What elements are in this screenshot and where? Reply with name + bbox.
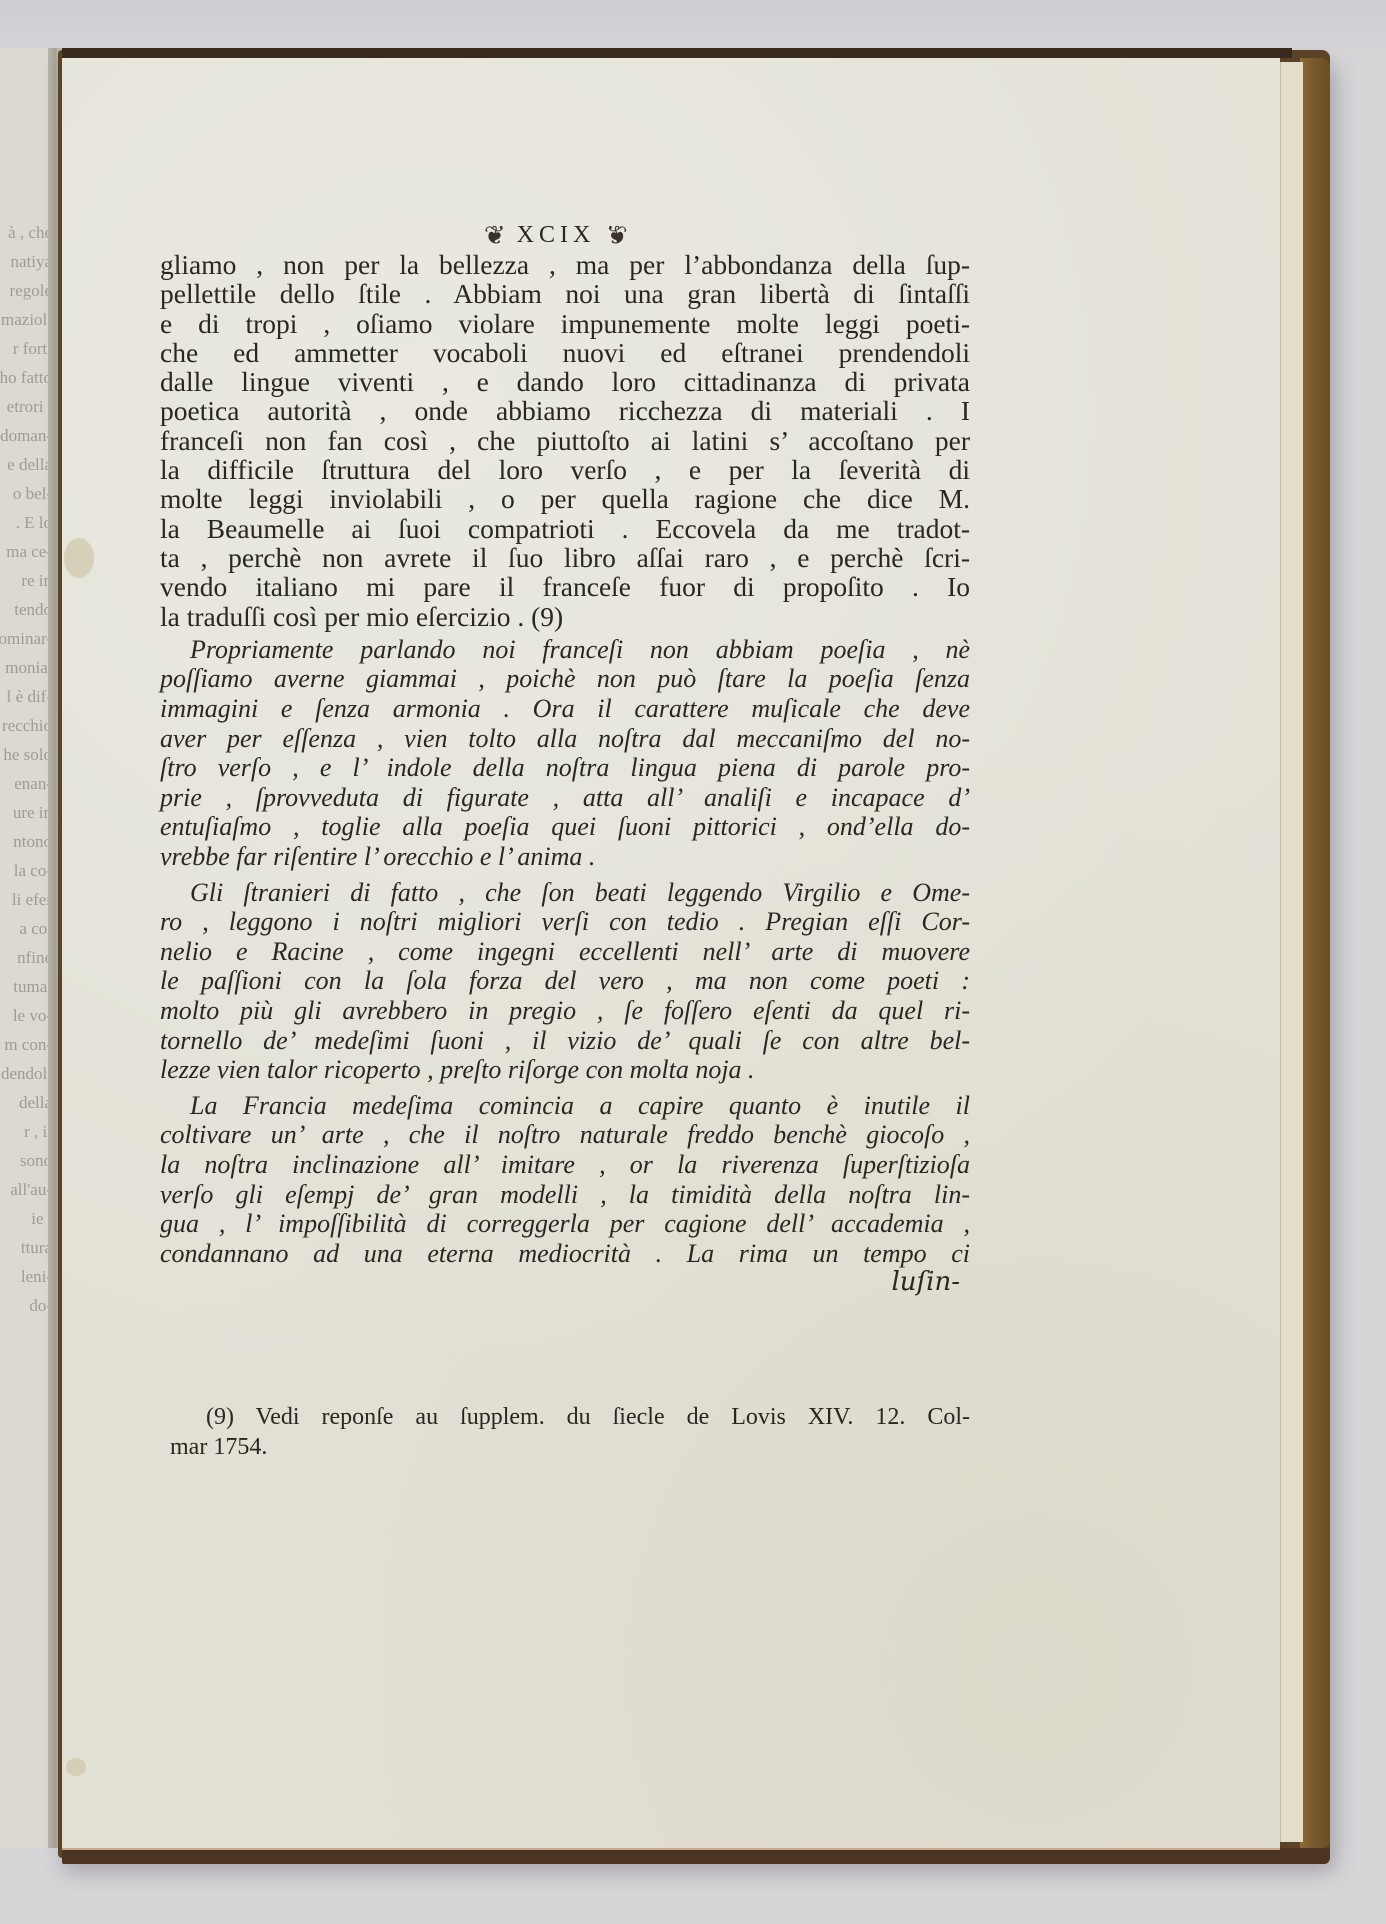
- text-line: tornello de’ medeſimi ſuoni , il vizio d…: [160, 1026, 970, 1056]
- previous-page-line: re in: [0, 566, 50, 595]
- previous-page-line: tumai: [0, 972, 50, 1001]
- cover-right-edge: [1300, 58, 1330, 1848]
- text-line: ta , perchè non avrete il ſuo libro aſſa…: [160, 543, 970, 572]
- roman-text: gliamo , non per la bellezza , ma per l’…: [160, 250, 970, 631]
- previous-page-line: l è dif-: [0, 682, 50, 711]
- previous-page-line: recchio: [0, 711, 50, 740]
- previous-page-line: etrori ,: [0, 392, 50, 421]
- previous-page-line: à , che: [0, 218, 50, 247]
- text-line: Gli ſtranieri di fatto , che ſon beati l…: [160, 878, 970, 908]
- running-head: ❦ XCIX ❦: [142, 220, 970, 250]
- text-line: vrebbe far riſentire l’ orecchio e l’ an…: [160, 842, 970, 872]
- previous-page-line: . E lo: [0, 508, 50, 537]
- text-line: lezze vien talor ricoperto , preſto riſo…: [160, 1055, 970, 1085]
- previous-page-line: ie ,: [0, 1204, 50, 1233]
- previous-page-line: le vo-: [0, 1001, 50, 1030]
- text-line: che ed ammetter vocaboli nuovi ed eſtran…: [160, 338, 970, 367]
- previous-page-line: ominar-: [0, 624, 50, 653]
- fleuron-icon: ❦: [606, 221, 628, 251]
- text-line: vendo italiano mi pare il franceſe fuor …: [160, 572, 970, 601]
- text-line: e di tropi , oſiamo violare impunemente …: [160, 309, 970, 338]
- previous-page-line: ho fatto: [0, 363, 50, 392]
- previous-page-line: doman-: [0, 421, 50, 450]
- italic-paragraph: Gli ſtranieri di fatto , che ſon beati l…: [160, 878, 970, 1085]
- previous-page-line: la co-: [0, 856, 50, 885]
- paper-stain: [66, 1758, 86, 1776]
- footnote-line: (9) Vedi reponſe au ſupplem. du ſiecle d…: [170, 1402, 970, 1432]
- previous-page-line: della: [0, 1088, 50, 1117]
- footnote: (9) Vedi reponſe au ſupplem. du ſiecle d…: [170, 1402, 970, 1462]
- text-line: immagini e ſenza armonia . Ora il caratt…: [160, 694, 970, 724]
- text-line: gliamo , non per la bellezza , ma per l’…: [160, 250, 970, 279]
- paper-stain: [64, 538, 94, 578]
- text-line: prie , ſprovveduta di figurate , atta al…: [160, 783, 970, 813]
- previous-page-line: leni-: [0, 1262, 50, 1291]
- previous-page-line: natiya: [0, 247, 50, 276]
- previous-page-line: mazioli: [0, 305, 50, 334]
- book-page: ❦ XCIX ❦ gliamo , non per la bellezza , …: [62, 58, 1280, 1850]
- text-line: le paſſioni con la ſola forza del vero ,…: [160, 966, 970, 996]
- previous-page-line: dendoli: [0, 1059, 50, 1088]
- previous-page-line: e della: [0, 450, 50, 479]
- previous-page-line: ma ce-: [0, 537, 50, 566]
- previous-page-line: tendo: [0, 595, 50, 624]
- text-line: molte leggi inviolabili , o per quella r…: [160, 484, 970, 513]
- previous-page-line: ure in: [0, 798, 50, 827]
- footnote-line: mar 1754.: [170, 1432, 970, 1462]
- text-line: dalle lingue viventi , e dando loro citt…: [160, 367, 970, 396]
- previous-page-fragment: à , chenatiyaregolemaziolir fortiho fatt…: [0, 48, 50, 1848]
- text-line: Propriamente parlando noi franceſi non a…: [160, 635, 970, 665]
- cover-bottom-edge: [62, 1848, 1330, 1864]
- text-line: coltivare un’ arte , che il noſtro natur…: [160, 1120, 970, 1150]
- text-line: molto più gli avrebbero in pregio , ſe f…: [160, 996, 970, 1026]
- previous-page-line: sono: [0, 1146, 50, 1175]
- previous-page-line: a coi: [0, 914, 50, 943]
- text-line: la noſtra inclinazione all’ imitare , or…: [160, 1150, 970, 1180]
- text-line: franceſi non fan così , che piuttoſto ai…: [160, 426, 970, 455]
- previous-page-line: li efer: [0, 885, 50, 914]
- text-line: gua , l’ impoſſibilità di correggerla pe…: [160, 1209, 970, 1239]
- previous-page-line: all'au-: [0, 1175, 50, 1204]
- text-line: la traduſſi così per mio eſercizio . (9): [160, 602, 970, 631]
- text-line: la Beaumelle ai ſuoi compatrioti . Eccov…: [160, 514, 970, 543]
- catchword: luſin-: [160, 1268, 970, 1296]
- previous-page-line: nfine: [0, 943, 50, 972]
- previous-page-line: o bel-: [0, 479, 50, 508]
- italic-paragraph: Propriamente parlando noi franceſi non a…: [160, 635, 970, 872]
- text-line: ſtro verſo , e l’ indole della noſtra li…: [160, 753, 970, 783]
- text-line: nelio e Racine , come ingegni eccellenti…: [160, 937, 970, 967]
- text-line: poſſiamo averne giammai , poichè non può…: [160, 664, 970, 694]
- text-line: pellettile dello ſtile . Abbiam noi una …: [160, 279, 970, 308]
- previous-page-line: regole: [0, 276, 50, 305]
- previous-page-line: ttura: [0, 1233, 50, 1262]
- text-line: poetica autorità , onde abbiamo ricchezz…: [160, 396, 970, 425]
- previous-page-line: do-: [0, 1291, 50, 1320]
- text-line: entuſiaſmo , toglie alla poeſia quei ſuo…: [160, 812, 970, 842]
- previous-page-line: ntono: [0, 827, 50, 856]
- previous-page-line: r , il: [0, 1117, 50, 1146]
- text-line: aver per eſſenza , vien tolto alla noſtr…: [160, 724, 970, 754]
- text-line: ro , leggono i noſtri migliori verſi con…: [160, 907, 970, 937]
- fleuron-icon: ❦: [484, 221, 506, 251]
- text-line: verſo gli eſempj de’ gran modelli , la t…: [160, 1180, 970, 1210]
- previous-page-line: r forti: [0, 334, 50, 363]
- page-number: XCIX: [517, 222, 596, 248]
- cover-top-edge: [62, 48, 1292, 58]
- previous-page-line: he solo: [0, 740, 50, 769]
- previous-page-text: à , chenatiyaregolemaziolir fortiho fatt…: [0, 218, 50, 1320]
- previous-page-line: monia,: [0, 653, 50, 682]
- text-line: condannano ad una eterna mediocrità . La…: [160, 1239, 970, 1269]
- previous-page-line: enan-: [0, 769, 50, 798]
- page-body: ❦ XCIX ❦ gliamo , non per la bellezza , …: [160, 220, 970, 1296]
- previous-page-line: m con-: [0, 1030, 50, 1059]
- italic-paragraph: La Francia medeſima comincia a capire qu…: [160, 1091, 970, 1269]
- text-line: la difficile ſtruttura del loro verſo , …: [160, 455, 970, 484]
- text-line: La Francia medeſima comincia a capire qu…: [160, 1091, 970, 1121]
- page-edges: [1280, 62, 1303, 1842]
